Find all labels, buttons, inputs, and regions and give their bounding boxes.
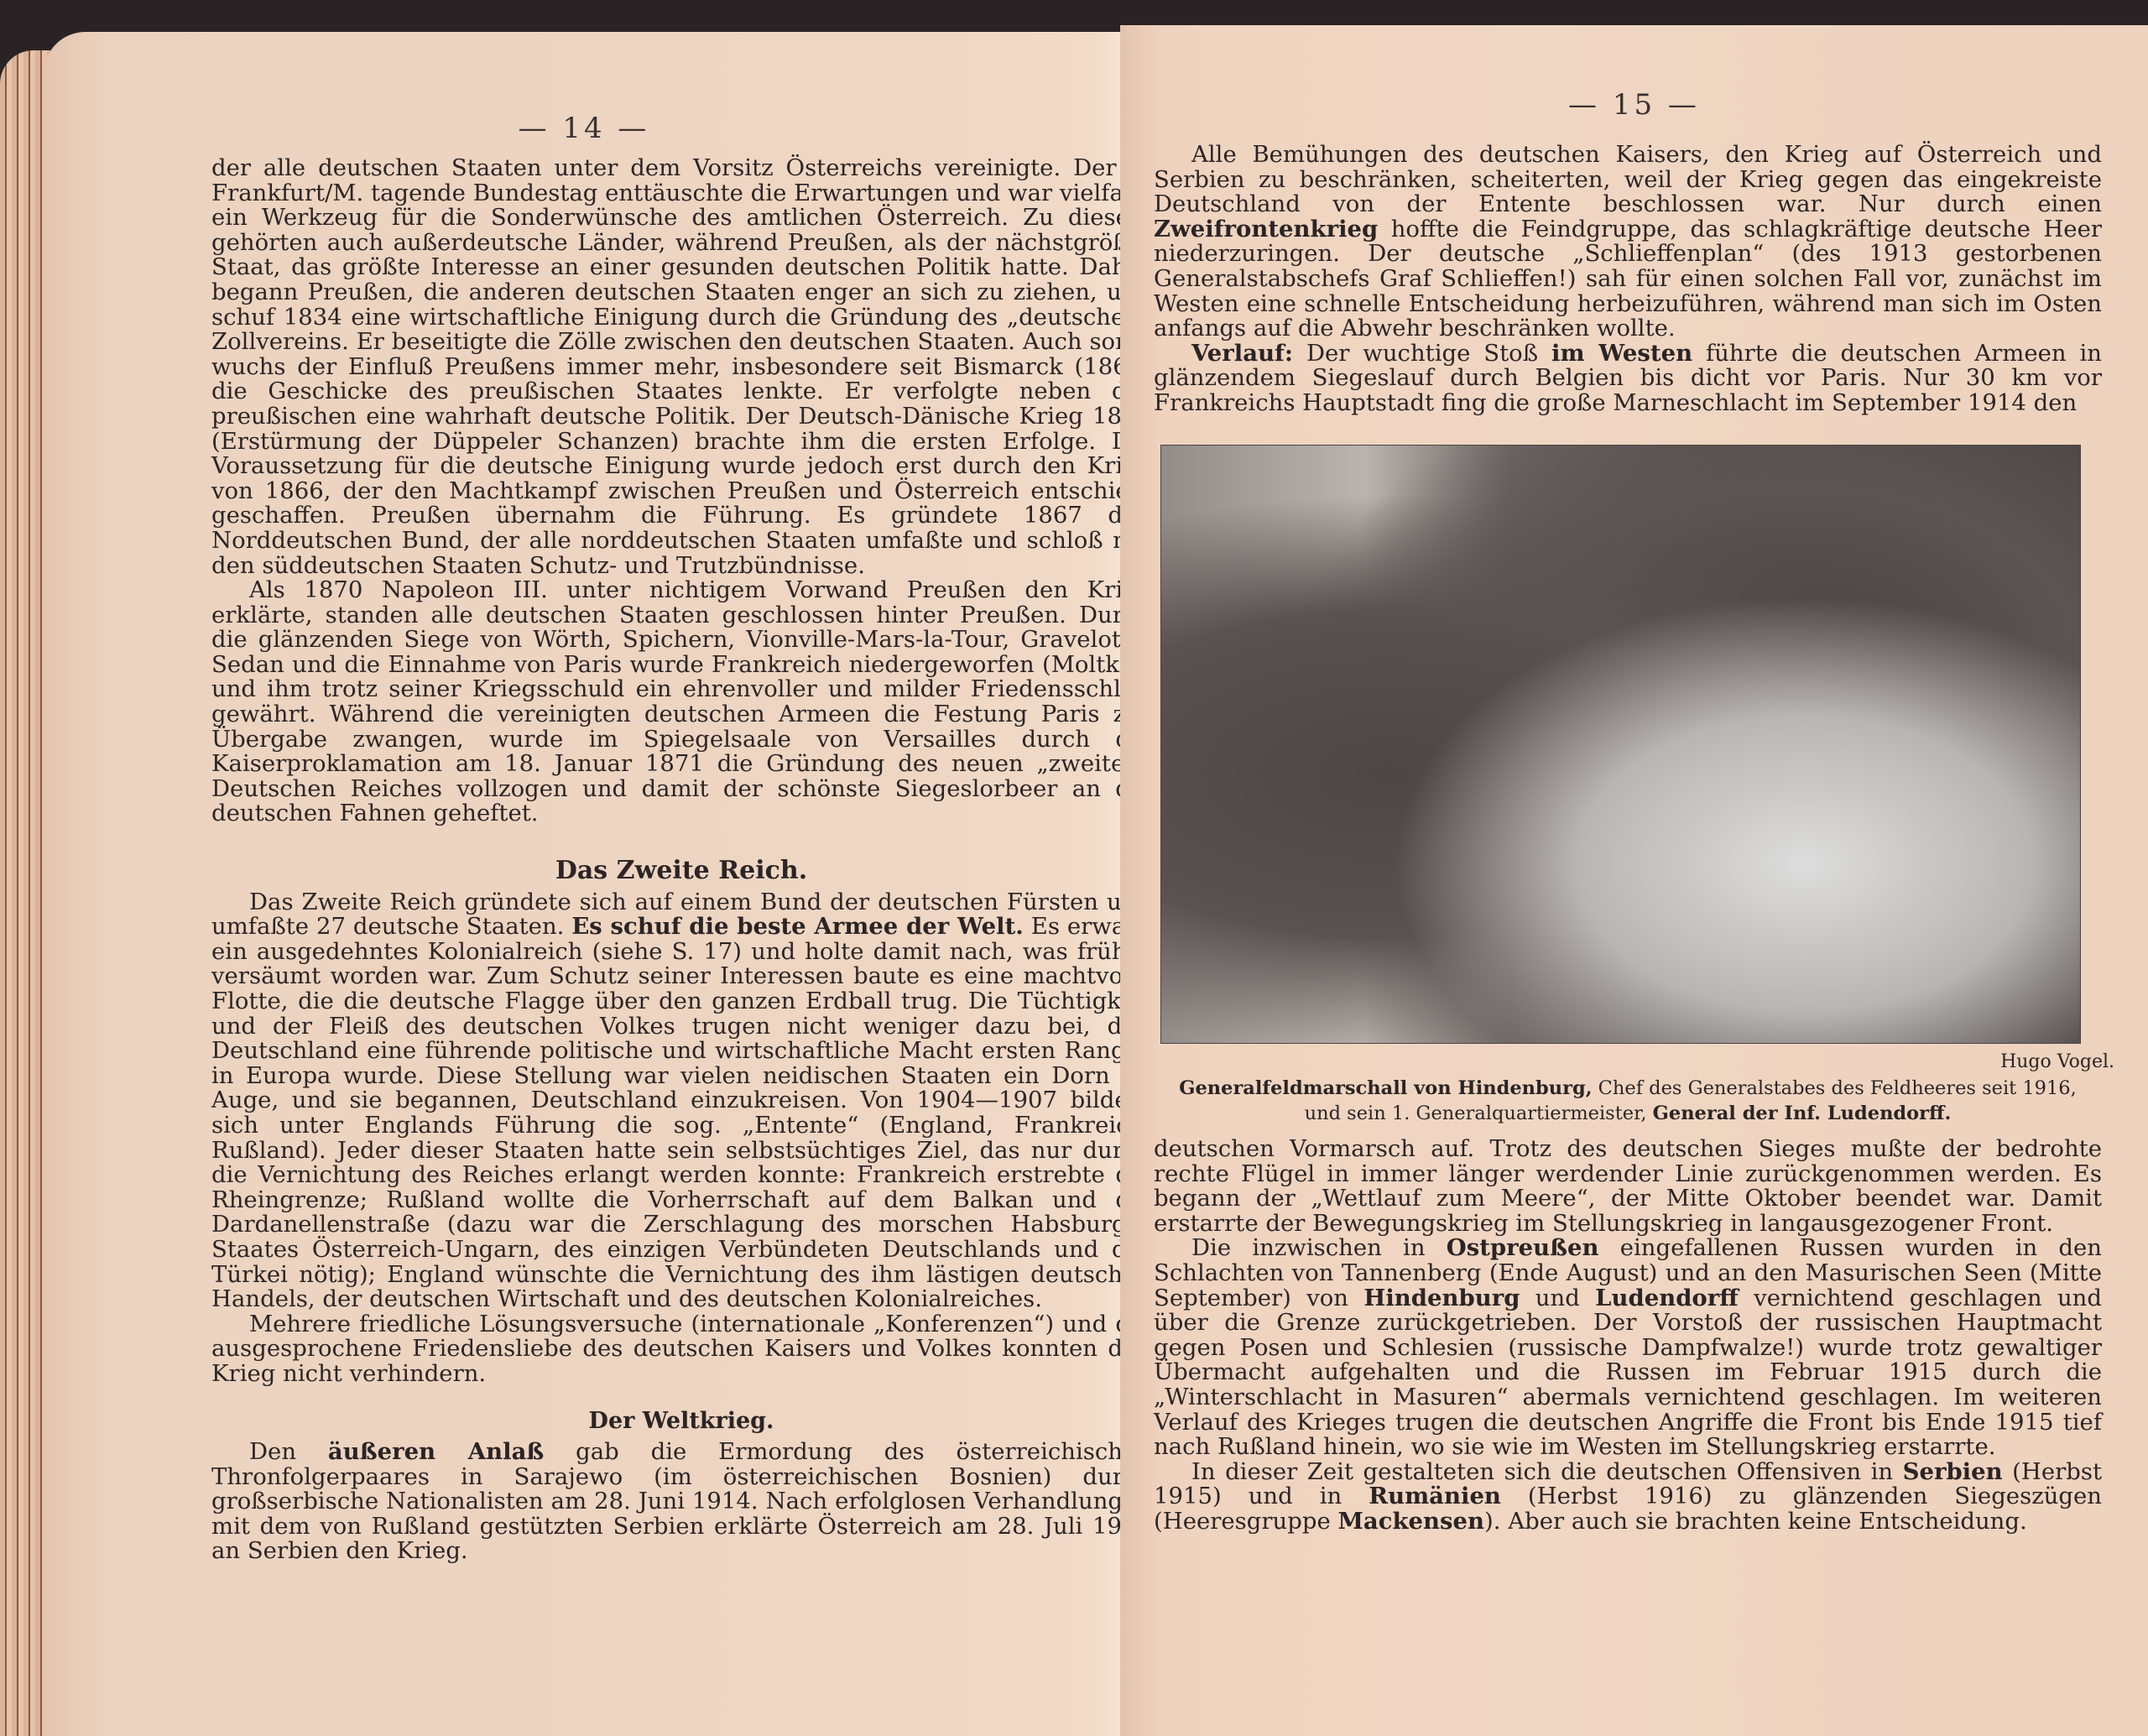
- paragraph: In dieser Zeit gestalteten sich die deut…: [1154, 1460, 2102, 1535]
- paragraph: der alle deutschen Staaten unter dem Vor…: [211, 156, 1151, 578]
- paragraph: Den äußeren Anlaß gab die Ermordung des …: [211, 1440, 1151, 1564]
- left-page-text: der alle deutschen Staaten unter dem Vor…: [211, 156, 1151, 1564]
- right-page: — 15 — Alle Bemühungen des deutschen Kai…: [1120, 25, 2148, 1736]
- paragraph: Alle Bemühungen des deutschen Kaisers, d…: [1154, 143, 2102, 341]
- page-number: — 14 —: [44, 112, 1124, 145]
- paragraph: Das Zweite Reich gründete sich auf einem…: [211, 890, 1151, 1312]
- left-page: — 14 — der alle deutschen Staaten unter …: [44, 32, 1124, 1736]
- paragraph: deutschen Vormarsch auf. Trotz des deuts…: [1154, 1137, 2102, 1236]
- section-heading: Das Zweite Reich.: [211, 858, 1151, 884]
- paragraph: Verlauf: Der wuchtige Stoß im Westen füh…: [1154, 341, 2102, 416]
- right-page-text-top: Alle Bemühungen des deutschen Kaisers, d…: [1154, 143, 2102, 416]
- right-page-text-bottom: deutschen Vormarsch auf. Trotz des deuts…: [1154, 1137, 2102, 1535]
- photo-caption: Generalfeldmarschall von Hindenburg, Che…: [1154, 1076, 2102, 1126]
- paragraph: Als 1870 Napoleon III. unter nichtigem V…: [211, 578, 1151, 826]
- paragraph: Mehrere friedliche Lösungsversuche (inte…: [211, 1312, 1151, 1387]
- photo-credit: Hugo Vogel.: [2000, 1051, 2114, 1072]
- book-page-edges: [0, 50, 50, 1736]
- page-number: — 15 —: [1120, 88, 2148, 122]
- paragraph: Die inzwischen in Ostpreußen eingefallen…: [1154, 1236, 2102, 1459]
- section-heading: Der Weltkrieg.: [211, 1409, 1151, 1434]
- illustration-hindenburg-ludendorff: [1160, 445, 2081, 1044]
